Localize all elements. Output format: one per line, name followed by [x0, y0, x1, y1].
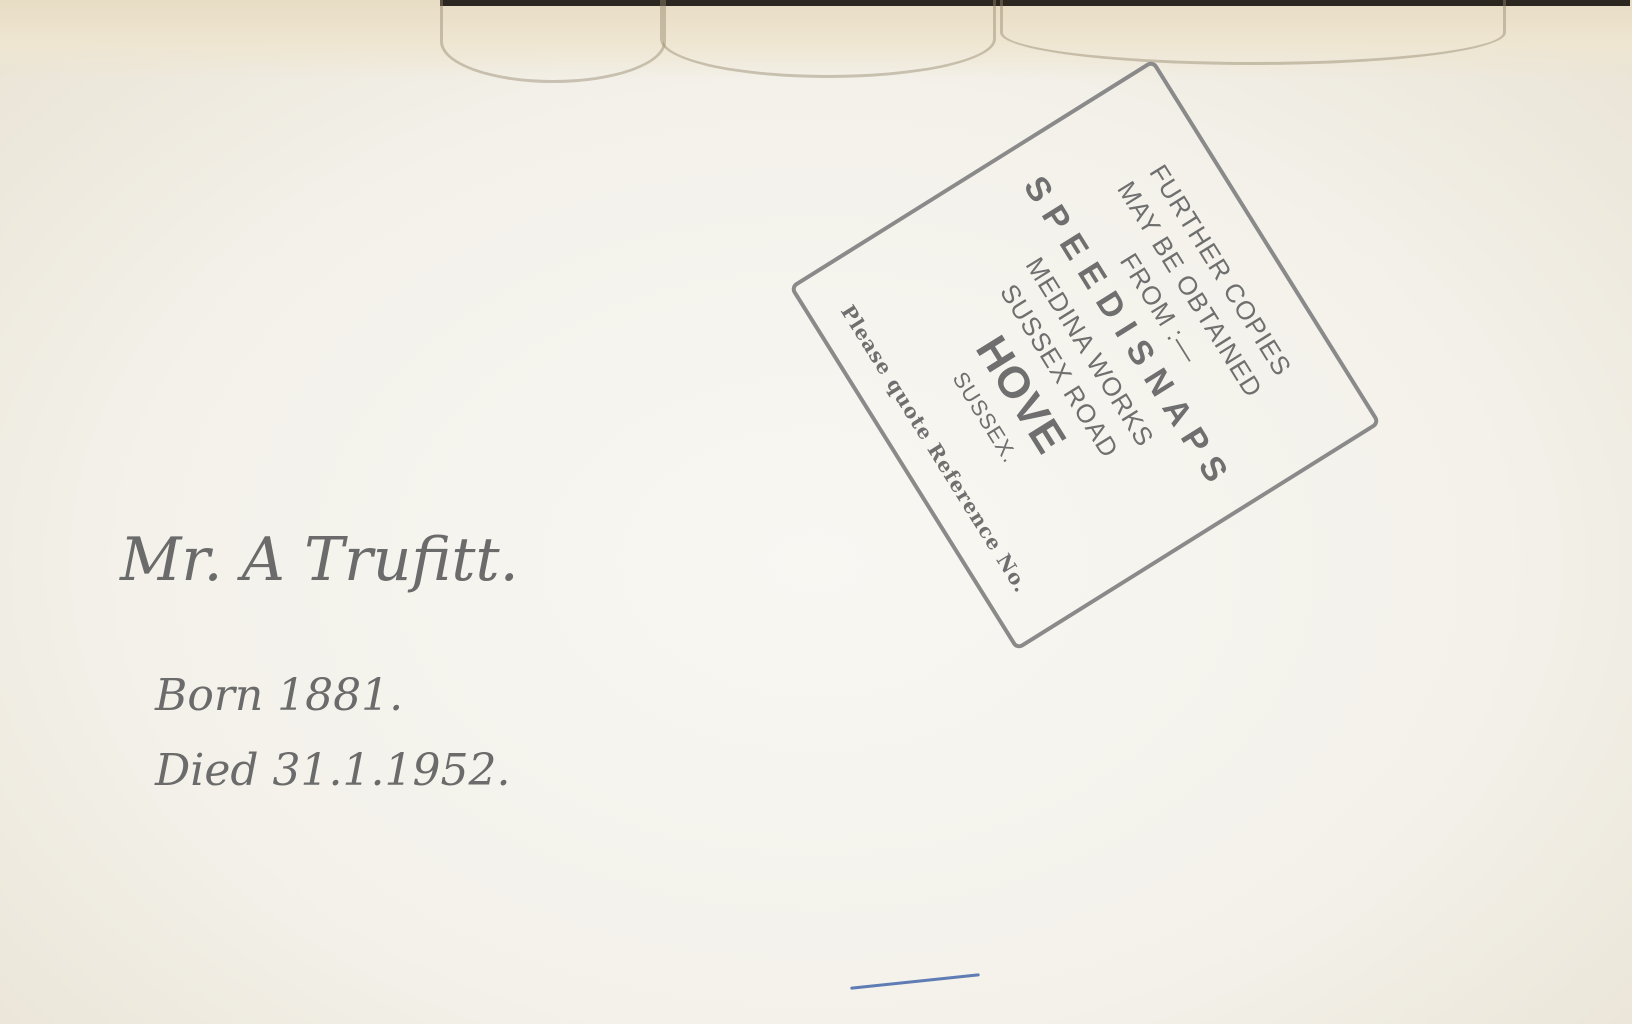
- photographer-stamp: FURTHER COPIES MAY BE OBTAINED FROM :— S…: [789, 59, 1382, 652]
- photo-back: FURTHER COPIES MAY BE OBTAINED FROM :— S…: [0, 0, 1632, 1024]
- handwritten-name: Mr. A Trufitt.: [120, 525, 519, 595]
- ink-mark: [850, 973, 980, 990]
- water-stain: [440, 0, 666, 83]
- handwritten-born: Born 1881.: [155, 670, 403, 721]
- water-stain: [660, 0, 996, 78]
- water-stain: [1000, 0, 1506, 65]
- handwritten-died: Died 31.1.1952.: [155, 745, 510, 796]
